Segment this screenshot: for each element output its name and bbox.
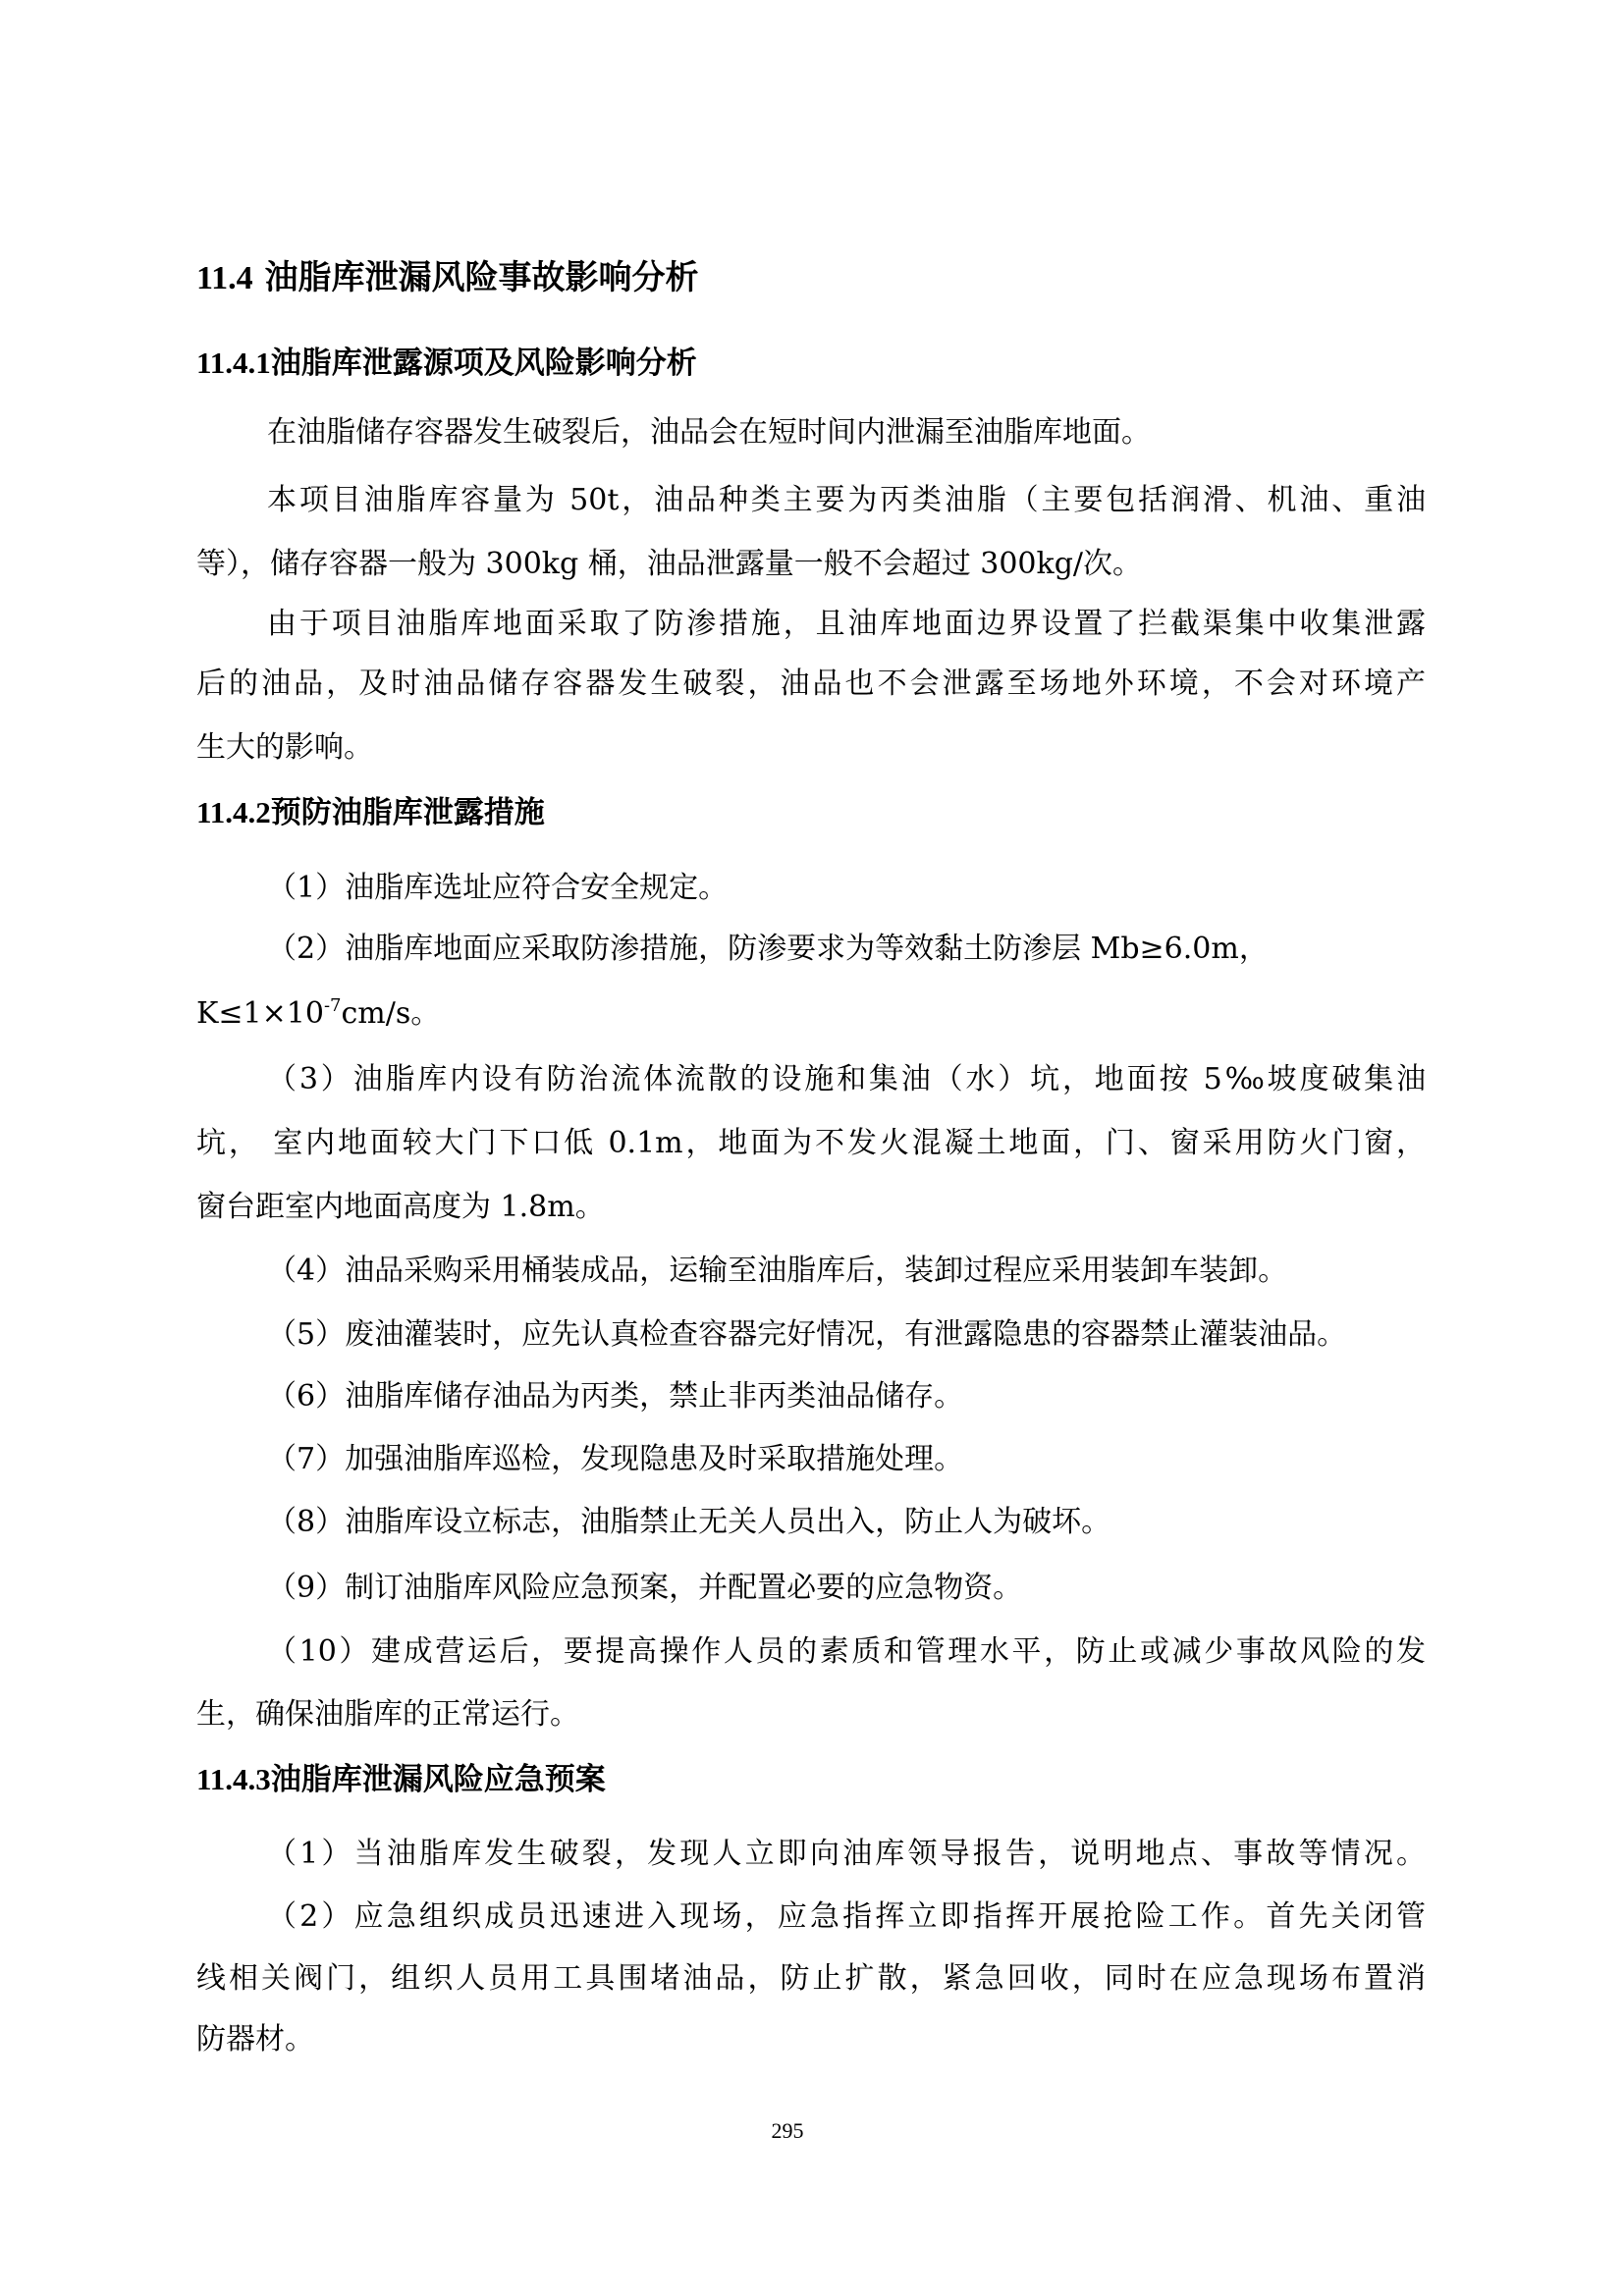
section-number: 11.4.1 <box>196 346 271 380</box>
paragraph-line: 由于项目油脂库地面采取了防渗措施，且油库地面边界设置了拦截渠集中收集泄露 <box>267 607 1426 642</box>
document-page: 11.4 油脂库泄漏风险事故影响分析 11.4.1油脂库泄露源项及风险影响分析 … <box>0 0 1624 2296</box>
section-title: 油脂库泄漏风险事故影响分析 <box>264 258 698 297</box>
measure-item-2-formula: K≤1×10-7cm/s。 <box>196 996 440 1032</box>
section-number: 11.4 <box>196 260 253 296</box>
section-heading-11-4-2: 11.4.2预防油脂库泄露措施 <box>196 793 545 832</box>
measure-item-4: （4）油品采购采用桶装成品，运输至油脂库后，装卸过程应采用装卸车装卸。 <box>267 1254 1287 1289</box>
paragraph-line: 窗台距室内地面高度为 1.8m。 <box>196 1190 605 1225</box>
page-number: 295 <box>763 2118 812 2144</box>
measure-item-6: （6）油脂库储存油品为丙类，禁止非丙类油品储存。 <box>267 1379 963 1415</box>
paragraph-line: 生大的影响。 <box>196 730 373 766</box>
paragraph-line: 本项目油脂库容量为 50t，油品种类主要为丙类油脂（主要包括润滑、机油、重油 <box>267 483 1426 518</box>
measure-item-7: （7）加强油脂库巡检，发现隐患及时采取措施处理。 <box>267 1442 963 1477</box>
paragraph-line: 后的油品，及时油品储存容器发生破裂，油品也不会泄露至场地外环境，不会对环境产 <box>196 667 1426 702</box>
measure-item-8: （8）油脂库设立标志，油脂禁止无关人员出入，防止人为破坏。 <box>267 1505 1110 1540</box>
paragraph-line: 在油脂储存容器发生破裂后，油品会在短时间内泄漏至油脂库地面。 <box>267 415 1151 451</box>
measure-item-5: （5）废油灌装时，应先认真检查容器完好情况，有泄露隐患的容器禁止灌装油品。 <box>267 1317 1346 1353</box>
measure-item-3: （3）油脂库内设有防治流体流散的设施和集油（水）坑，地面按 5‰坡度破集油 <box>267 1062 1426 1097</box>
plan-item-1: （1）当油脂库发生破裂，发现人立即向油库领导报告，说明地点、事故等情况。 <box>267 1837 1426 1872</box>
paragraph-line: 防器材。 <box>196 2022 314 2057</box>
section-number: 11.4.3 <box>196 1762 271 1796</box>
section-heading-11-4-1: 11.4.1油脂库泄露源项及风险影响分析 <box>196 344 697 383</box>
paragraph-line: 坑， 室内地面较大门下口低 0.1m，地面为不发火混凝土地面，门、窗采用防火门窗… <box>196 1126 1426 1161</box>
section-number: 11.4.2 <box>196 795 271 829</box>
measure-item-1: （1）油脂库选址应符合安全规定。 <box>267 871 728 906</box>
formula-exponent: -7 <box>324 995 342 1016</box>
formula-base: K≤1×10 <box>196 996 324 1031</box>
paragraph-line: 线相关阀门，组织人员用工具围堵油品，防止扩散，紧急回收，同时在应急现场布置消 <box>196 1961 1426 1997</box>
section-heading-11-4: 11.4 油脂库泄漏风险事故影响分析 <box>196 258 698 298</box>
formula-suffix: cm/s。 <box>342 996 441 1031</box>
paragraph-line: 等），储存容器一般为 300kg 桶，油品泄露量一般不会超过 300kg/次。 <box>196 547 1142 582</box>
section-title: 油脂库泄漏风险应急预案 <box>271 1762 606 1797</box>
plan-item-2: （2）应急组织成员迅速进入现场，应急指挥立即指挥开展抢险工作。首先关闭管 <box>267 1899 1426 1935</box>
paragraph-line: 生，确保油脂库的正常运行。 <box>196 1697 579 1733</box>
section-title: 油脂库泄露源项及风险影响分析 <box>271 346 697 381</box>
section-title: 预防油脂库泄露措施 <box>271 795 545 830</box>
measure-item-9: （9）制订油脂库风险应急预案，并配置必要的应急物资。 <box>267 1571 1022 1606</box>
measure-item-2: （2）油脂库地面应采取防渗措施，防渗要求为等效黏土防渗层 Mb≥6.0m， <box>267 932 1269 967</box>
measure-item-10: （10）建成营运后，要提高操作人员的素质和管理水平，防止或减少事故风险的发 <box>267 1634 1426 1670</box>
section-heading-11-4-3: 11.4.3油脂库泄漏风险应急预案 <box>196 1760 606 1799</box>
